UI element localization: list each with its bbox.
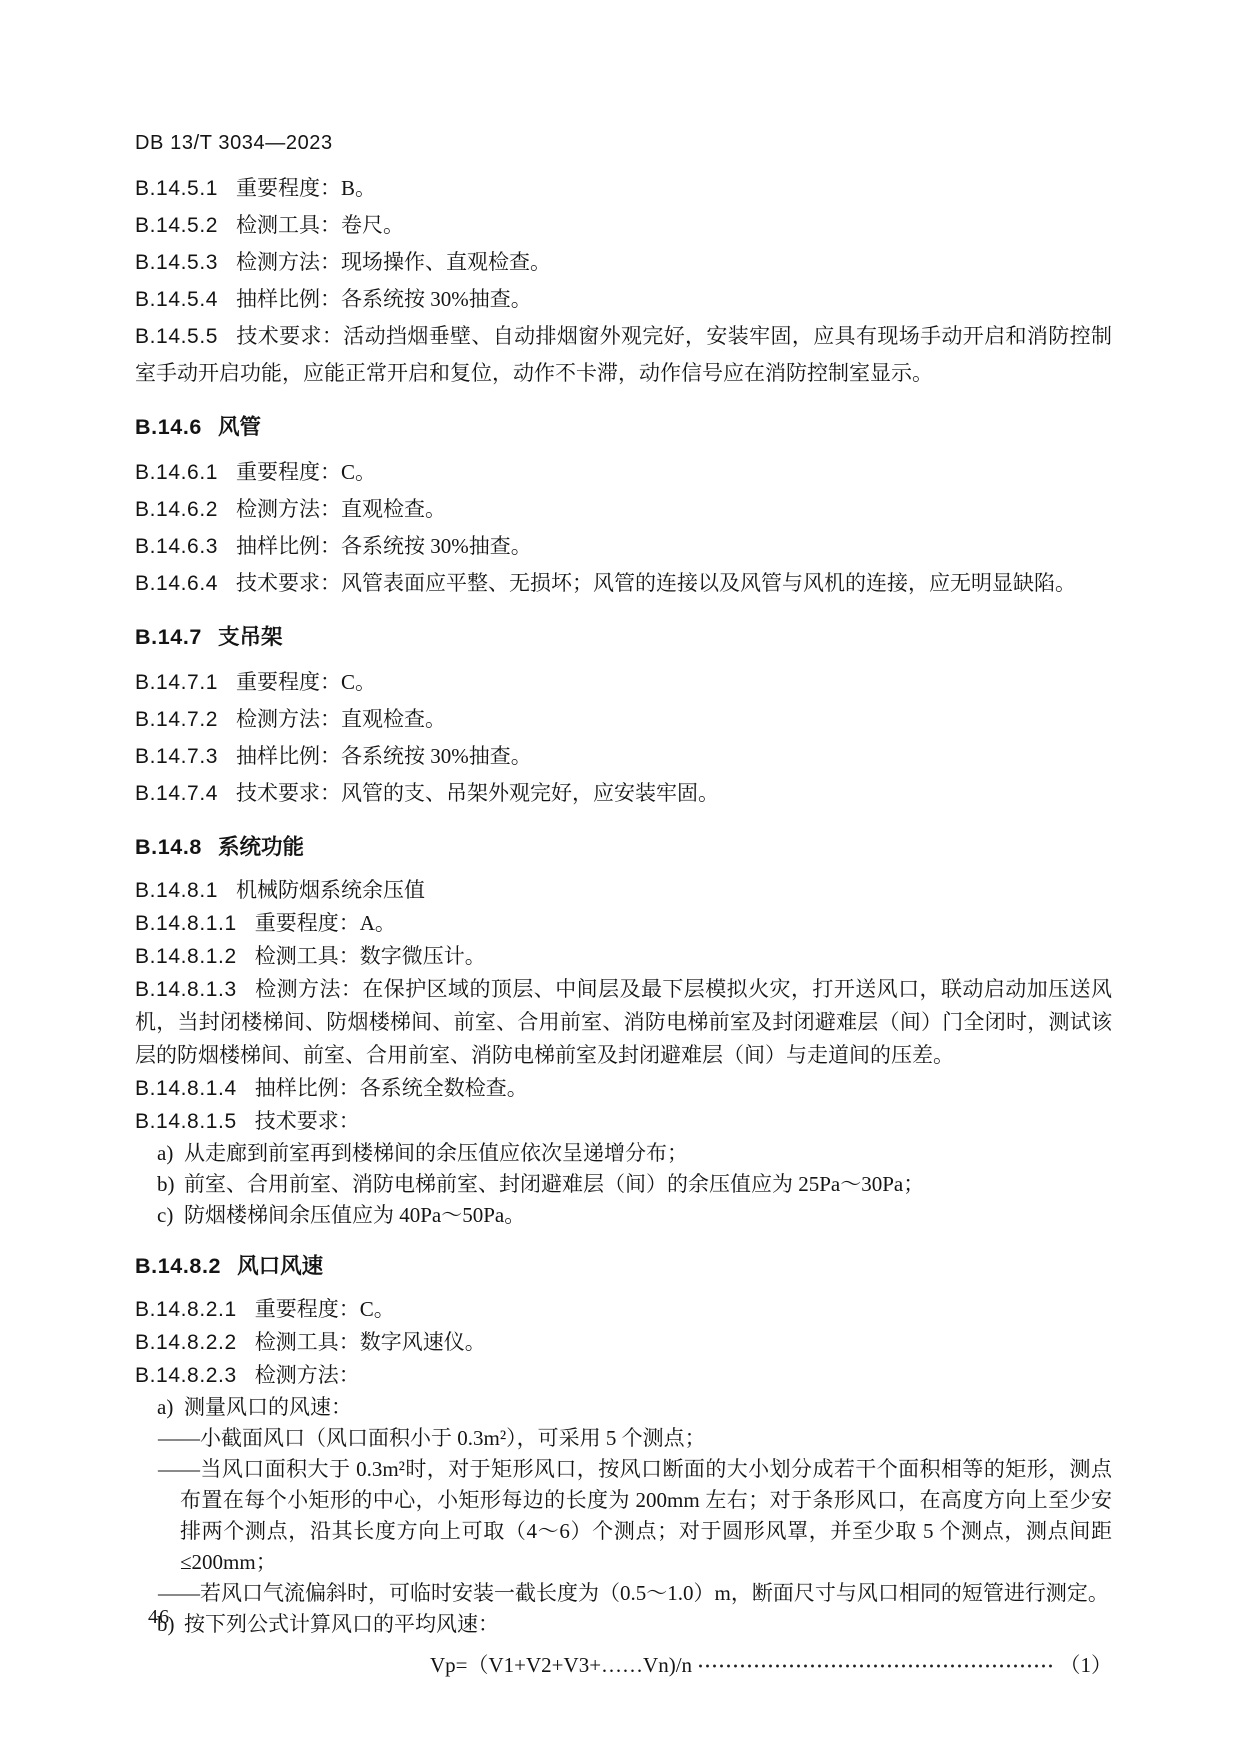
- clause-number: B.14.7.4: [135, 782, 218, 805]
- clause-text: 检测方法：直观检查。: [236, 707, 446, 731]
- clause-b14-7-1: B.14.7.1重要程度：C。: [135, 664, 1112, 701]
- clause-b14-5-3: B.14.5.3检测方法：现场操作、直观检查。: [135, 244, 1112, 281]
- clause-number: B.14.5.2: [135, 214, 218, 237]
- clause-b14-5-4: B.14.5.4抽样比例：各系统按 30%抽查。: [135, 281, 1112, 318]
- list-text: 防烟楼梯间余压值应为 40Pa～50Pa。: [184, 1203, 525, 1227]
- clause-text: 检测方法：在保护区域的顶层、中间层及最下层模拟火灾，打开送风口，联动启动加压送风…: [135, 977, 1112, 1067]
- clause-number: B.14.8.1.3: [135, 978, 237, 1001]
- document-code: DB 13/T 3034—2023: [135, 130, 1112, 156]
- clause-text: 技术要求：风管的支、吊架外观完好，应安装牢固。: [236, 781, 719, 805]
- dash-item-small-section: ——小截面风口（风口面积小于 0.3m²），可采用 5 个测点；: [135, 1423, 1112, 1454]
- list-item-c: c)防烟楼梯间余压值应为 40Pa～50Pa。: [135, 1200, 1112, 1231]
- clause-text: 检测工具：卷尺。: [236, 213, 404, 237]
- clause-number: B.14.5.5: [135, 325, 218, 348]
- document-page: DB 13/T 3034—2023 B.14.5.1重要程度：B。 B.14.5…: [0, 0, 1240, 1755]
- clause-text: 抽样比例：各系统按 30%抽查。: [236, 287, 532, 311]
- list-item-b-formula: b)按下列公式计算风口的平均风速：: [135, 1609, 1112, 1640]
- clause-number: B.14.8.1.2: [135, 945, 237, 968]
- clause-b14-8-1-3: B.14.8.1.3检测方法：在保护区域的顶层、中间层及最下层模拟火灾，打开送风…: [135, 973, 1112, 1072]
- list-marker: a): [157, 1392, 184, 1423]
- clause-text: 重要程度：C。: [255, 1297, 395, 1321]
- clause-b14-6-4: B.14.6.4技术要求：风管表面应平整、无损坏；风管的连接以及风管与风机的连接…: [135, 565, 1112, 602]
- clause-b14-8-1-1: B.14.8.1.1重要程度：A。: [135, 907, 1112, 940]
- equation-number: （1）: [1060, 1650, 1113, 1681]
- clause-b14-7-4: B.14.7.4技术要求：风管的支、吊架外观完好，应安装牢固。: [135, 775, 1112, 812]
- clause-number: B.14.6.1: [135, 461, 218, 484]
- heading-title: 系统功能: [218, 835, 304, 859]
- clause-b14-6-3: B.14.6.3抽样比例：各系统按 30%抽查。: [135, 528, 1112, 565]
- clause-b14-8-2-3: B.14.8.2.3检测方法：: [135, 1359, 1112, 1392]
- equation-expression: Vp=（V1+V2+V3+……Vn)/n: [430, 1650, 692, 1681]
- list-text: 从走廊到前室再到楼梯间的余压值应依次呈递增分布；: [184, 1141, 688, 1165]
- dot-leader: [697, 1662, 1054, 1670]
- clause-text: 检测方法：: [255, 1363, 360, 1387]
- clause-text: 技术要求：活动挡烟垂壁、自动排烟窗外观完好，安装牢固，应具有现场手动开启和消防控…: [135, 324, 1112, 385]
- heading-title: 风口风速: [237, 1254, 323, 1278]
- clause-text: 检测方法：直观检查。: [236, 497, 446, 521]
- section-heading-b14-7: B.14.7支吊架: [135, 623, 1112, 651]
- heading-title: 支吊架: [218, 625, 283, 649]
- clause-number: B.14.8.2.2: [135, 1331, 237, 1354]
- clause-b14-7-2: B.14.7.2检测方法：直观检查。: [135, 701, 1112, 738]
- clause-number: B.14.8.1.1: [135, 912, 237, 935]
- clause-text: 技术要求：: [255, 1109, 360, 1133]
- clause-text: 重要程度：C。: [236, 670, 376, 694]
- clause-number: B.14.7.3: [135, 745, 218, 768]
- section-heading-b14-8-2: B.14.8.2风口风速: [135, 1252, 1112, 1280]
- equation-1: Vp=（V1+V2+V3+……Vn)/n （1）: [135, 1650, 1112, 1681]
- clause-b14-8-2-1: B.14.8.2.1重要程度：C。: [135, 1293, 1112, 1326]
- section-heading-b14-8: B.14.8系统功能: [135, 833, 1112, 861]
- heading-number: B.14.7: [135, 625, 202, 649]
- clause-b14-6-1: B.14.6.1重要程度：C。: [135, 454, 1112, 491]
- heading-number: B.14.8: [135, 835, 202, 859]
- clause-number: B.14.6.4: [135, 572, 218, 595]
- clause-b14-5-1: B.14.5.1重要程度：B。: [135, 170, 1112, 207]
- clause-b14-8-1-5: B.14.8.1.5技术要求：: [135, 1105, 1112, 1138]
- clause-text: 重要程度：C。: [236, 460, 376, 484]
- list-marker: b): [157, 1169, 184, 1200]
- clause-text: 抽样比例：各系统按 30%抽查。: [236, 534, 532, 558]
- heading-number: B.14.6: [135, 415, 202, 439]
- clause-number: B.14.7.1: [135, 671, 218, 694]
- clause-number: B.14.8.1.5: [135, 1110, 237, 1133]
- clause-number: B.14.8.1: [135, 879, 218, 902]
- clause-text: 检测工具：数字风速仪。: [255, 1330, 486, 1354]
- clause-number: B.14.5.3: [135, 251, 218, 274]
- page-number: 46: [148, 1606, 170, 1629]
- list-marker: a): [157, 1138, 184, 1169]
- list-item-a: a)从走廊到前室再到楼梯间的余压值应依次呈递增分布；: [135, 1138, 1112, 1169]
- clause-text: 检测方法：现场操作、直观检查。: [236, 250, 551, 274]
- list-text: 前室、合用前室、消防电梯前室、封闭避难层（间）的余压值应为 25Pa～30Pa；: [184, 1172, 924, 1196]
- list-item-a-velocity: a)测量风口的风速：: [135, 1392, 1112, 1423]
- dash-item-skewed-flow: ——若风口气流偏斜时，可临时安装一截长度为（0.5～1.0）m，断面尺寸与风口相…: [135, 1578, 1112, 1609]
- clause-b14-8-1-4: B.14.8.1.4抽样比例：各系统全数检查。: [135, 1072, 1112, 1105]
- list-item-b: b)前室、合用前室、消防电梯前室、封闭避难层（间）的余压值应为 25Pa～30P…: [135, 1169, 1112, 1200]
- clause-text: 重要程度：A。: [255, 911, 396, 935]
- list-text: 测量风口的风速：: [184, 1395, 352, 1419]
- list-marker: c): [157, 1200, 184, 1231]
- clause-number: B.14.5.4: [135, 288, 218, 311]
- clause-number: B.14.8.2.1: [135, 1298, 237, 1321]
- section-heading-b14-6: B.14.6风管: [135, 413, 1112, 441]
- list-text: 按下列公式计算风口的平均风速：: [184, 1612, 499, 1636]
- clause-b14-6-2: B.14.6.2检测方法：直观检查。: [135, 491, 1112, 528]
- clause-b14-8-2-2: B.14.8.2.2检测工具：数字风速仪。: [135, 1326, 1112, 1359]
- clause-text: 重要程度：B。: [236, 176, 376, 200]
- clause-number: B.14.5.1: [135, 177, 218, 200]
- heading-title: 风管: [218, 415, 261, 439]
- clause-text: 抽样比例：各系统全数检查。: [255, 1076, 528, 1100]
- clause-number: B.14.8.1.4: [135, 1077, 237, 1100]
- clause-number: B.14.7.2: [135, 708, 218, 731]
- clause-number: B.14.6.2: [135, 498, 218, 521]
- clause-number: B.14.8.2.3: [135, 1364, 237, 1387]
- clause-text: 抽样比例：各系统按 30%抽查。: [236, 744, 532, 768]
- dash-item-large-section: ——当风口面积大于 0.3m²时，对于矩形风口，按风口断面的大小划分成若干个面积…: [135, 1454, 1112, 1578]
- clause-text: 技术要求：风管表面应平整、无损坏；风管的连接以及风管与风机的连接，应无明显缺陷。: [236, 571, 1076, 595]
- heading-number: B.14.8.2: [135, 1254, 221, 1278]
- subclause-heading-b14-8-1: B.14.8.1机械防烟系统余压值: [135, 874, 1112, 907]
- clause-b14-5-5: B.14.5.5技术要求：活动挡烟垂壁、自动排烟窗外观完好，安装牢固，应具有现场…: [135, 318, 1112, 392]
- clause-number: B.14.6.3: [135, 535, 218, 558]
- clause-text: 检测工具：数字微压计。: [255, 944, 486, 968]
- clause-b14-7-3: B.14.7.3抽样比例：各系统按 30%抽查。: [135, 738, 1112, 775]
- clause-b14-5-2: B.14.5.2检测工具：卷尺。: [135, 207, 1112, 244]
- clause-text: 机械防烟系统余压值: [236, 878, 425, 902]
- clause-b14-8-1-2: B.14.8.1.2检测工具：数字微压计。: [135, 940, 1112, 973]
